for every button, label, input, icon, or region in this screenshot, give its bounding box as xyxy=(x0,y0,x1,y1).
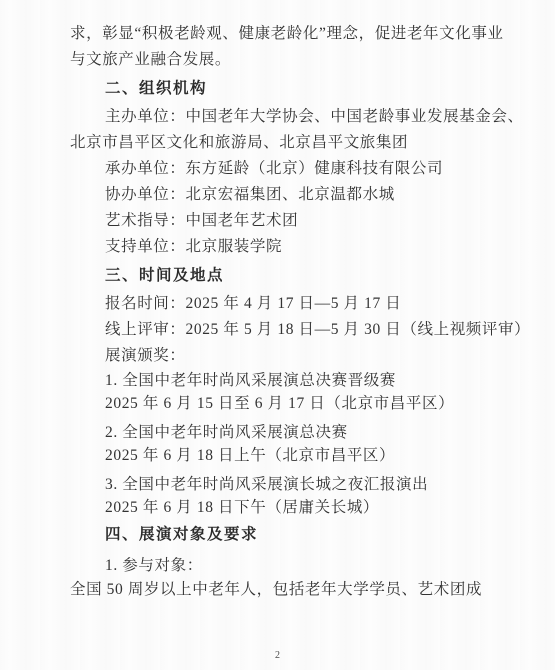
doc-text-line: 2025 年 6 月 15 日至 6 月 17 日（北京市昌平区） xyxy=(70,392,555,415)
doc-text-line: 主办单位：中国老年大学协会、中国老龄事业发展基金会、 xyxy=(70,104,555,130)
doc-text-line: 承办单位：东方延龄（北京）健康科技有限公司 xyxy=(70,156,555,182)
document-page: 求，彰显“积极老龄观、健康老龄化”理念，促进老年文化事业与文旅产业融合发展。二、… xyxy=(0,0,555,670)
doc-text-line: 协办单位：北京宏福集团、北京温都水城 xyxy=(70,182,555,208)
doc-text-line: 2. 全国中老年时尚风采展演总决赛 xyxy=(70,421,555,444)
doc-text-line: 1. 参与对象： xyxy=(70,554,555,577)
doc-text-line: 艺术指导：中国老年艺术团 xyxy=(70,208,555,234)
doc-text-line: 求，彰显“积极老龄观、健康老龄化”理念，促进老年文化事业 xyxy=(70,21,555,47)
doc-text-line: 全国 50 周岁以上中老年人，包括老年大学学员、艺术团成 xyxy=(70,577,555,603)
section-heading: 三、时间及地点 xyxy=(70,263,555,289)
doc-text-line: 线上评审：2025 年 5 月 18 日—5 月 30 日（线上视频评审） xyxy=(70,317,555,343)
doc-text-line: 与文旅产业融合发展。 xyxy=(70,47,555,73)
doc-text-line: 报名时间：2025 年 4 月 17 日—5 月 17 日 xyxy=(70,291,555,317)
doc-text-line: 2025 年 6 月 18 日上午（北京市昌平区） xyxy=(70,444,555,467)
doc-text-line: 北京市昌平区文化和旅游局、北京昌平文旅集团 xyxy=(70,130,555,156)
doc-text-line: 1. 全国中老年时尚风采展演总决赛晋级赛 xyxy=(70,369,555,392)
section-heading: 四、展演对象及要求 xyxy=(70,522,555,548)
section-heading: 二、组织机构 xyxy=(70,76,555,102)
doc-text-line: 2025 年 6 月 18 日下午（居庸关长城） xyxy=(70,496,555,519)
page-number: 2 xyxy=(0,650,555,661)
document-body: 求，彰显“积极老龄观、健康老龄化”理念，促进老年文化事业与文旅产业融合发展。二、… xyxy=(70,21,555,603)
doc-text-line: 3. 全国中老年时尚风采展演长城之夜汇报演出 xyxy=(70,473,555,496)
doc-text-line: 展演颁奖： xyxy=(70,343,555,369)
doc-text-line: 支持单位：北京服装学院 xyxy=(70,234,555,260)
